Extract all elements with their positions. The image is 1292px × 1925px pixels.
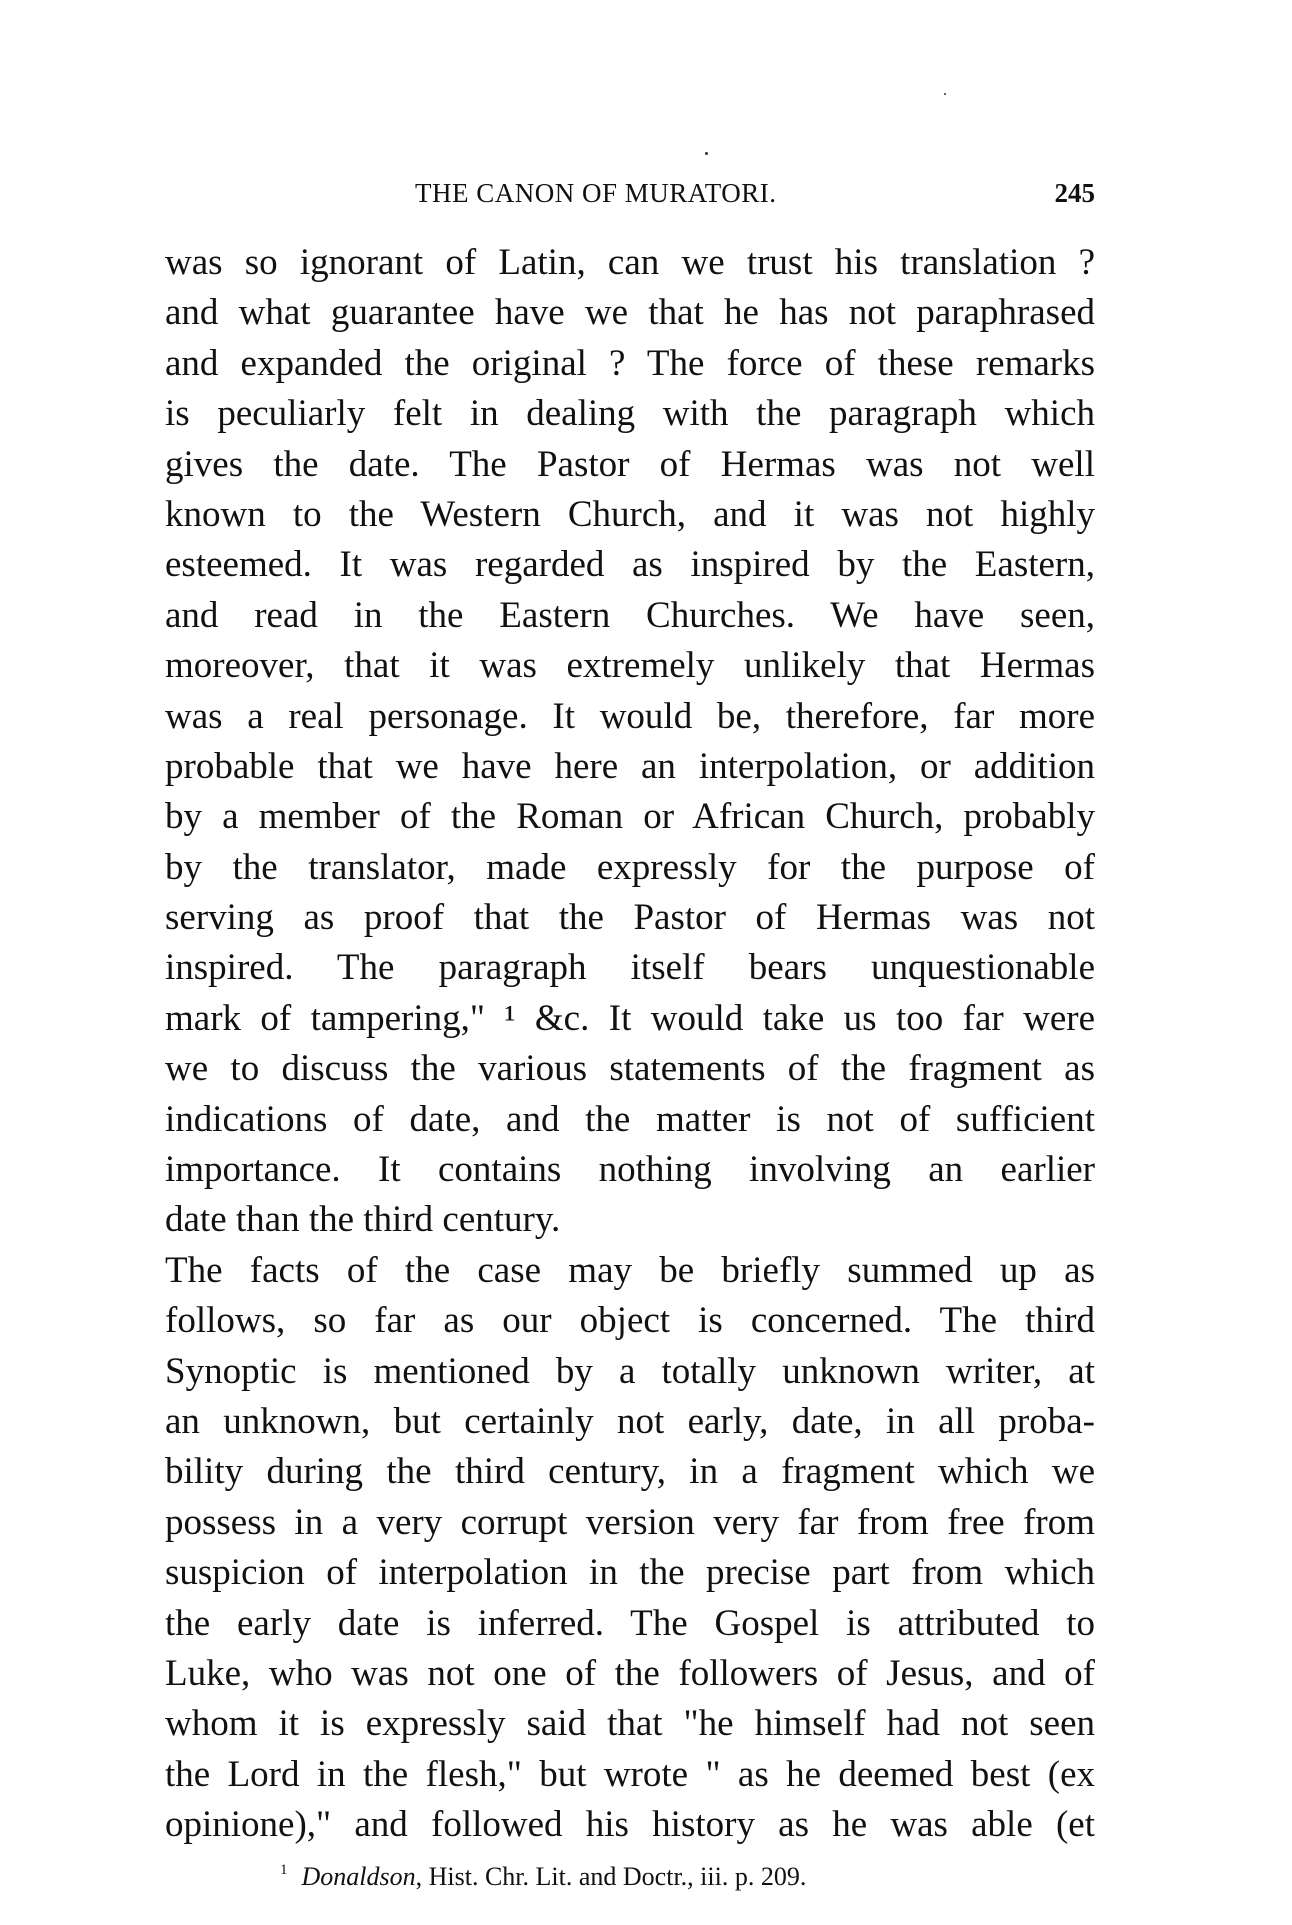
text-line: bility during the third century, in a fr… bbox=[165, 1447, 1095, 1497]
footnote-citation: , Hist. Chr. Lit. and Doctr., iii. p. 20… bbox=[416, 1862, 807, 1891]
text-line: and what guarantee have we that he has n… bbox=[165, 288, 1095, 338]
text-line: moreover, that it was extremely unlikely… bbox=[165, 641, 1095, 691]
text-line: date than the third century. bbox=[165, 1195, 1095, 1245]
page-header: THE CANON OF MURATORI. 245 bbox=[165, 178, 1095, 218]
text-line: importance. It contains nothing involvin… bbox=[165, 1145, 1095, 1195]
footnote: 1Donaldson, Hist. Chr. Lit. and Doctr., … bbox=[280, 1862, 806, 1892]
text-line: suspicion of interpolation in the precis… bbox=[165, 1548, 1095, 1598]
text-line: an unknown, but certainly not early, dat… bbox=[165, 1397, 1095, 1447]
text-line: we to discuss the various statements of … bbox=[165, 1044, 1095, 1094]
text-line: by the translator, made expressly for th… bbox=[165, 843, 1095, 893]
text-line: serving as proof that the Pastor of Herm… bbox=[165, 893, 1095, 943]
scan-speck bbox=[705, 152, 708, 155]
text-line: and expanded the original ? The force of… bbox=[165, 339, 1095, 389]
page-number: 245 bbox=[1055, 178, 1096, 209]
text-line: follows, so far as our object is concern… bbox=[165, 1296, 1095, 1346]
body-text: was so ignorant of Latin, can we trust h… bbox=[165, 238, 1095, 1851]
text-line: gives the date. The Pastor of Hermas was… bbox=[165, 440, 1095, 490]
scan-speck bbox=[944, 93, 946, 95]
text-line: The facts of the case may be briefly sum… bbox=[165, 1246, 1095, 1296]
text-line: was so ignorant of Latin, can we trust h… bbox=[165, 238, 1095, 288]
running-title: THE CANON OF MURATORI. bbox=[415, 178, 777, 209]
text-line: probable that we have here an interpolat… bbox=[165, 742, 1095, 792]
text-line: whom it is expressly said that "he himse… bbox=[165, 1699, 1095, 1749]
footnote-marker: 1 bbox=[280, 1862, 288, 1878]
text-line: inspired. The paragraph itself bears unq… bbox=[165, 943, 1095, 993]
text-line: esteemed. It was regarded as inspired by… bbox=[165, 540, 1095, 590]
text-line: possess in a very corrupt version very f… bbox=[165, 1498, 1095, 1548]
text-line: the Lord in the flesh," but wrote " as h… bbox=[165, 1750, 1095, 1800]
footnote-author: Donaldson bbox=[302, 1862, 416, 1891]
text-line: Luke, who was not one of the followers o… bbox=[165, 1649, 1095, 1699]
text-line: indications of date, and the matter is n… bbox=[165, 1095, 1095, 1145]
text-line: by a member of the Roman or African Chur… bbox=[165, 792, 1095, 842]
text-line: the early date is inferred. The Gospel i… bbox=[165, 1599, 1095, 1649]
text-line: and read in the Eastern Churches. We hav… bbox=[165, 591, 1095, 641]
text-line: is peculiarly felt in dealing with the p… bbox=[165, 389, 1095, 439]
text-line: opinione)," and followed his history as … bbox=[165, 1800, 1095, 1850]
text-line: Synoptic is mentioned by a totally unkno… bbox=[165, 1347, 1095, 1397]
text-line: known to the Western Church, and it was … bbox=[165, 490, 1095, 540]
text-line: mark of tampering," ¹ &c. It would take … bbox=[165, 994, 1095, 1044]
text-line: was a real personage. It would be, there… bbox=[165, 692, 1095, 742]
